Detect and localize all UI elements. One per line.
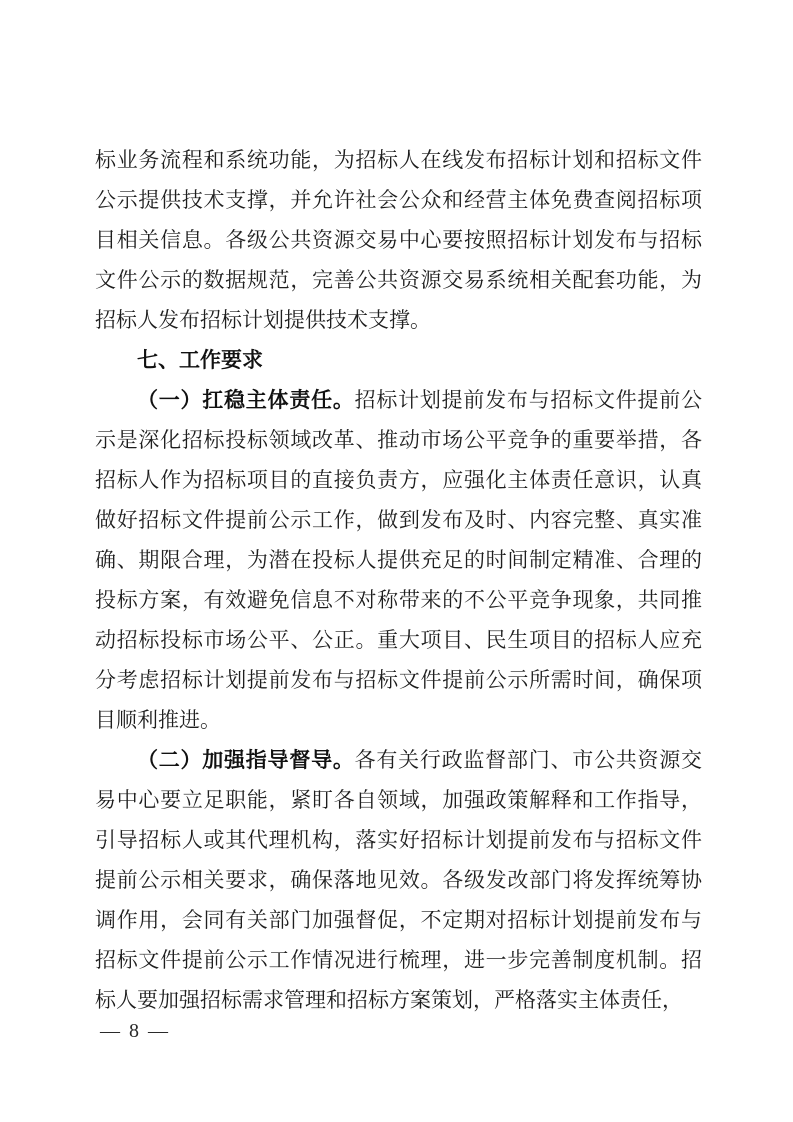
section-heading-work-requirements: 七、工作要求 [95,340,702,380]
paragraph-item-2: （二）加强指导督导。各有关行政监督部门、市公共资源交易中心要立足职能，紧盯各自领… [95,740,702,1020]
item-1-body: 招标计划提前发布与招标文件提前公示是深化招标投标领域改革、推动市场公平竞争的重要… [95,388,702,732]
paragraph-item-1: （一）扛稳主体责任。招标计划提前发布与招标文件提前公示是深化招标投标领域改革、推… [95,380,702,740]
document-body: 标业务流程和系统功能，为招标人在线发布招标计划和招标文件公示提供技术支撑，并允许… [95,140,702,1020]
document-page: 标业务流程和系统功能，为招标人在线发布招标计划和招标文件公示提供技术支撑，并允许… [0,0,793,1122]
paragraph-continuation: 标业务流程和系统功能，为招标人在线发布招标计划和招标文件公示提供技术支撑，并允许… [95,140,702,340]
page-number: — 8 — [100,1014,170,1048]
item-2-body: 各有关行政监督部门、市公共资源交易中心要立足职能，紧盯各自领域，加强政策解释和工… [95,748,702,1012]
item-2-lead: （二）加强指导督导。 [137,748,355,772]
item-1-lead: （一）扛稳主体责任。 [137,388,355,412]
